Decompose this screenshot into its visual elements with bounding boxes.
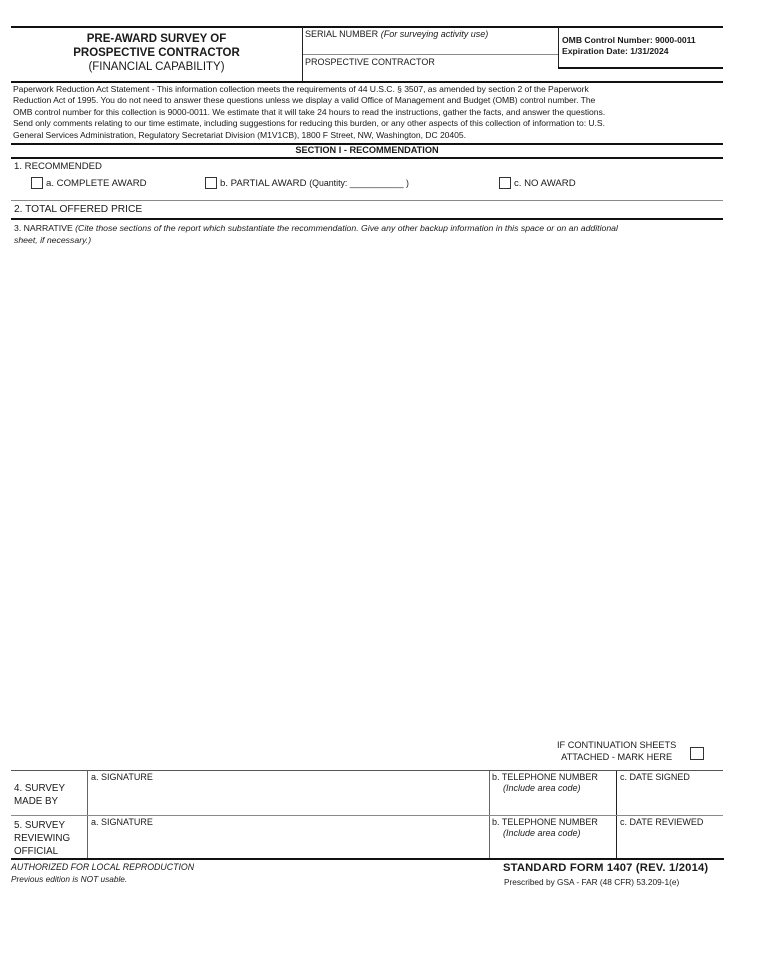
survey-made-by-telephone-field[interactable] — [491, 796, 614, 813]
continuation-sheets-label: IF CONTINUATION SHEETS ATTACHED - MARK H… — [557, 739, 676, 763]
quantity-field[interactable]: (Quantity: ___________ ) — [309, 178, 409, 188]
price-bottom-rule — [11, 218, 723, 220]
survey-made-by-telephone-label: b. TELEPHONE NUMBER (Include area code) — [492, 772, 598, 794]
narrative-note: (Cite those sections of the report which… — [75, 223, 618, 233]
partial-award-checkbox[interactable] — [205, 177, 217, 189]
continuation-sheets-checkbox[interactable] — [690, 747, 704, 760]
survey-made-by-label: 4. SURVEY MADE BY — [14, 782, 65, 808]
section-bottom-rule — [11, 157, 723, 159]
reviewing-official-signature-label: a. SIGNATURE — [91, 817, 153, 828]
signature-middle-rule — [11, 815, 723, 816]
narrative-note-continued: sheet, if necessary.) — [14, 235, 91, 246]
section-title: SECTION I - RECOMMENDATION — [11, 145, 723, 155]
omb-box-bottom-rule — [558, 67, 723, 69]
telephone-note: (Include area code) — [492, 783, 598, 794]
reviewing-official-signature-field[interactable] — [90, 829, 487, 857]
serial-number-label: SERIAL NUMBER (For surveying activity us… — [305, 29, 488, 40]
survey-reviewing-official-label: 5. SURVEY REVIEWING OFFICIAL — [14, 819, 70, 858]
prospective-contractor-field[interactable] — [304, 68, 557, 81]
total-offered-price-field[interactable] — [170, 202, 720, 217]
paperwork-line: Reduction Act of 1995. You do not need t… — [13, 95, 725, 106]
serial-number-field[interactable] — [304, 40, 557, 53]
no-award-checkbox[interactable] — [499, 177, 511, 189]
paperwork-line: Paperwork Reduction Act Statement - This… — [13, 84, 725, 95]
telephone-note: (Include area code) — [492, 828, 598, 839]
signature-bottom-rule — [11, 858, 724, 860]
survey-made-by-signature-label: a. SIGNATURE — [91, 772, 153, 783]
recommended-label: 1. RECOMMENDED — [14, 161, 102, 172]
recommended-bottom-rule — [11, 200, 723, 201]
authorized-reproduction: AUTHORIZED FOR LOCAL REPRODUCTION — [11, 862, 194, 872]
previous-edition-note: Previous edition is NOT usable. — [11, 874, 127, 884]
date-signed-field[interactable] — [619, 784, 722, 813]
paperwork-line: Send only comments relating to our time … — [13, 118, 725, 129]
prescribed-by: Prescribed by GSA - FAR (48 CFR) 53.209-… — [504, 877, 679, 887]
prospective-contractor-label: PROSPECTIVE CONTRACTOR — [305, 57, 435, 68]
date-reviewed-field[interactable] — [619, 829, 722, 857]
paperwork-line: OMB control number for this collection i… — [13, 107, 725, 118]
reviewing-official-telephone-field[interactable] — [491, 841, 614, 857]
form-title-line1: PRE-AWARD SURVEY OF — [11, 32, 302, 46]
narrative-textarea[interactable] — [12, 250, 722, 735]
total-offered-price-label: 2. TOTAL OFFERED PRICE — [14, 204, 142, 215]
paperwork-line: General Services Administration, Regulat… — [13, 130, 725, 141]
no-award-label: c. NO AWARD — [514, 178, 576, 189]
header-bottom-rule — [11, 81, 723, 83]
complete-award-checkbox[interactable] — [31, 177, 43, 189]
serial-number-note: (For surveying activity use) — [381, 29, 489, 39]
expiration-date: Expiration Date: 1/31/2024 — [562, 46, 669, 57]
form-title-line3: (FINANCIAL CAPABILITY) — [11, 60, 302, 74]
header-divider-2 — [558, 27, 559, 69]
paperwork-reduction-statement: Paperwork Reduction Act Statement - This… — [13, 84, 725, 141]
reviewing-official-telephone-label: b. TELEPHONE NUMBER (Include area code) — [492, 817, 598, 839]
form-title: PRE-AWARD SURVEY OF PROSPECTIVE CONTRACT… — [11, 32, 302, 74]
date-signed-label: c. DATE SIGNED — [620, 772, 690, 783]
complete-award-label: a. COMPLETE AWARD — [46, 178, 147, 189]
date-reviewed-label: c. DATE REVIEWED — [620, 817, 703, 828]
serial-divider — [303, 54, 558, 55]
standard-form-number: STANDARD FORM 1407 (REV. 1/2014) — [503, 862, 708, 874]
survey-made-by-signature-field[interactable] — [90, 784, 487, 813]
narrative-label: 3. NARRATIVE (Cite those sections of the… — [14, 223, 618, 234]
partial-award-label: b. PARTIAL AWARD (Quantity: ___________ … — [220, 178, 409, 189]
omb-control-number: OMB Control Number: 9000-0011 — [562, 35, 696, 46]
header-top-rule — [11, 26, 723, 28]
form-title-line2: PROSPECTIVE CONTRACTOR — [11, 46, 302, 60]
